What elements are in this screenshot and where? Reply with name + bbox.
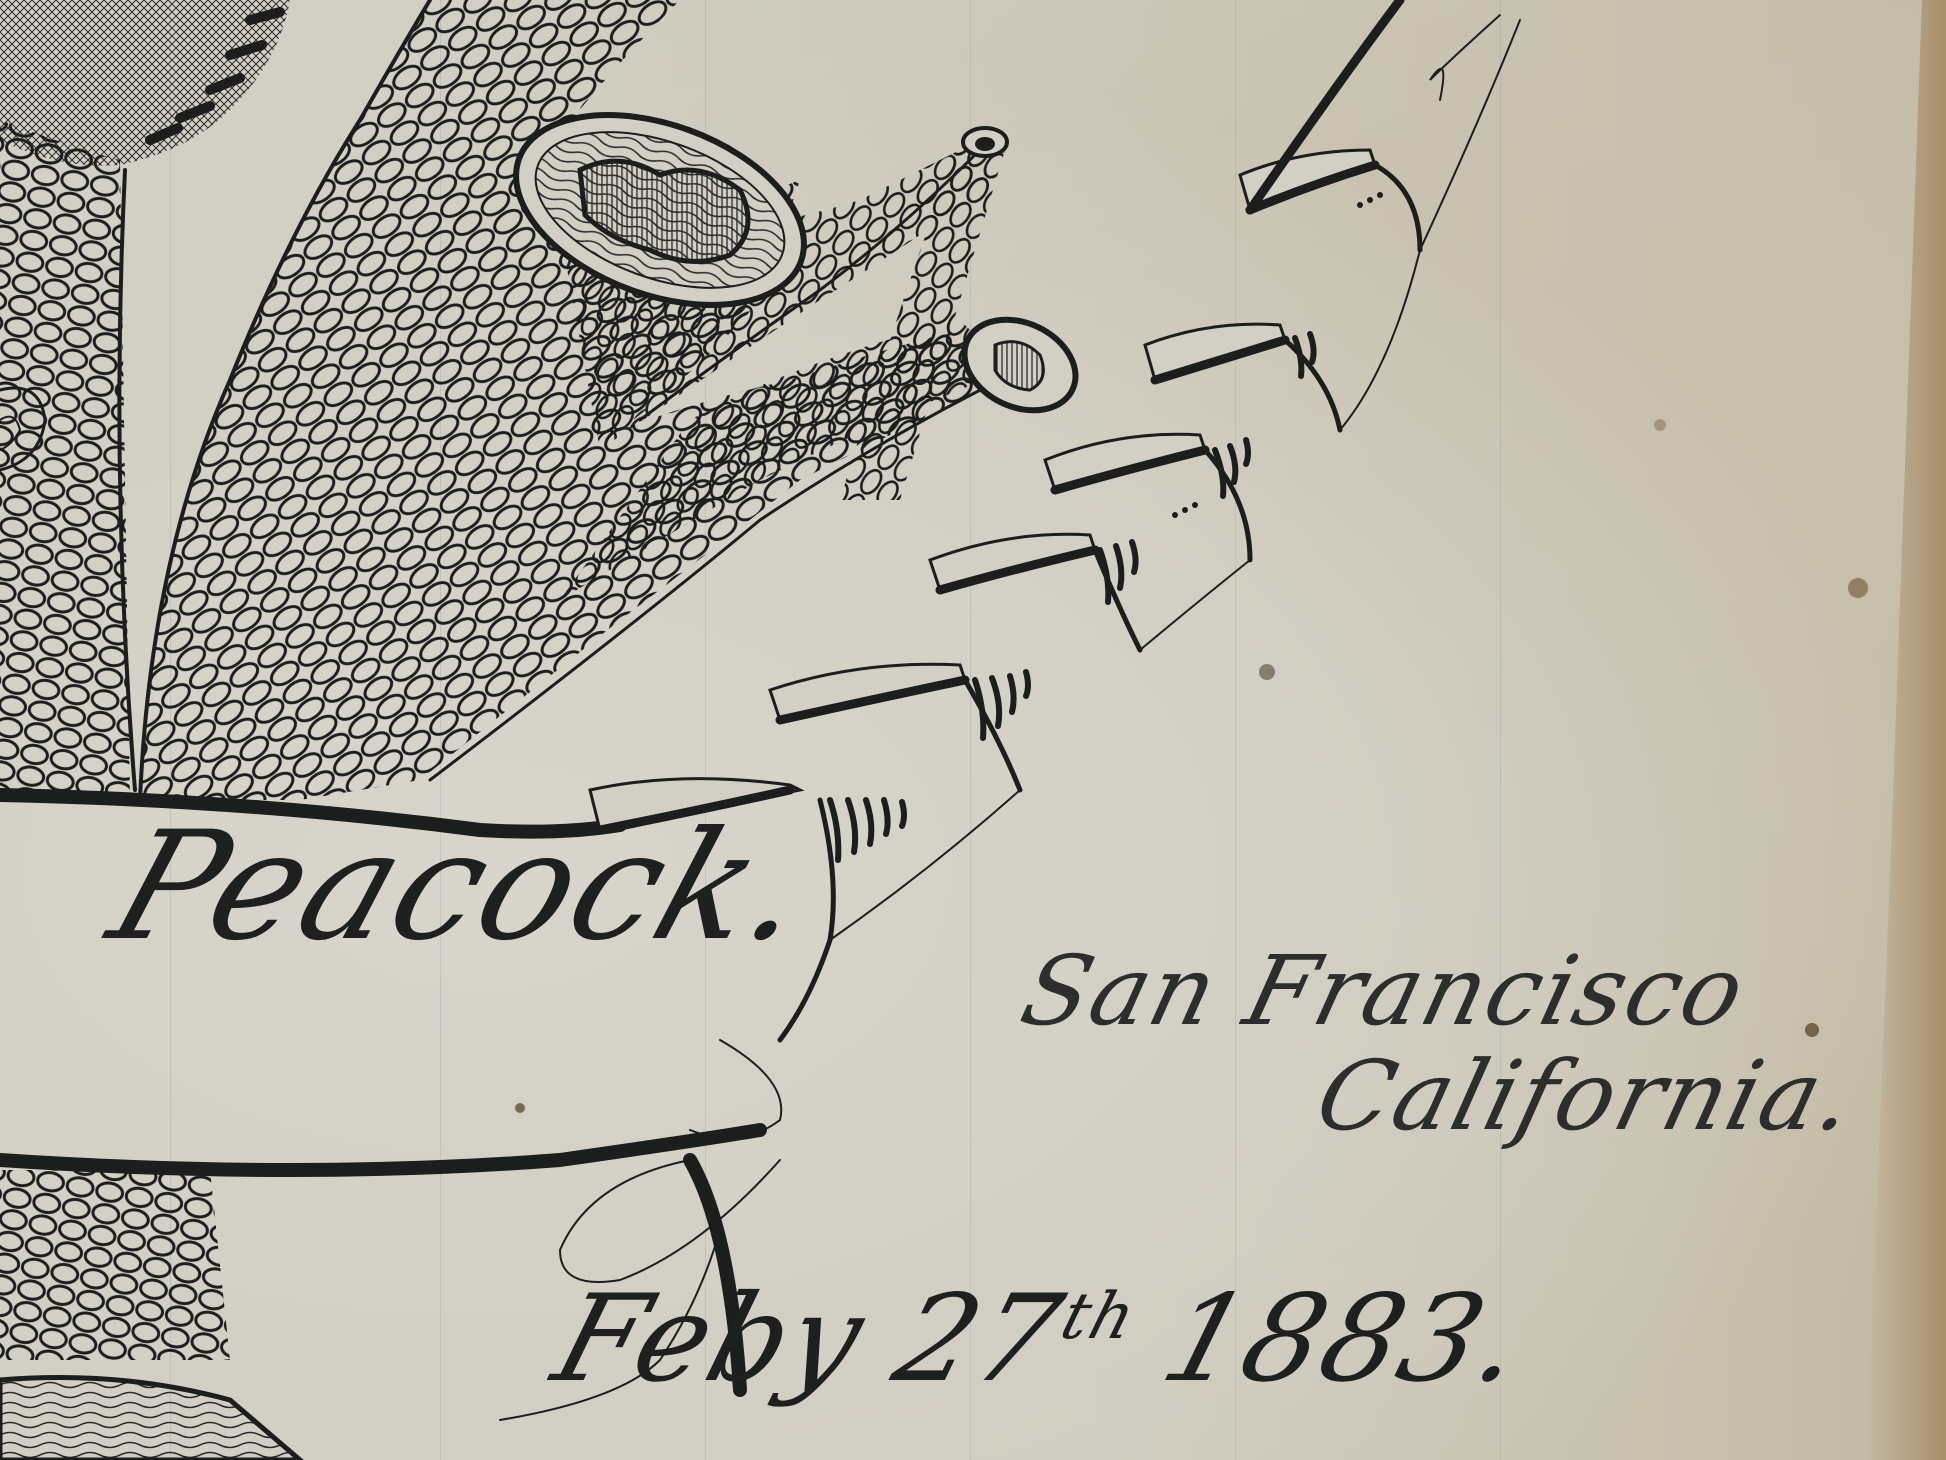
- date-year: 1883.: [1148, 1270, 1541, 1409]
- photograph: Peacock. San Francisco California. Feby …: [0, 0, 1946, 1460]
- inscription-city: San Francisco: [1011, 935, 1757, 1047]
- banner-name-text: Peacock.: [92, 800, 834, 974]
- branch-stump-small: [950, 302, 1091, 427]
- flourish-drawing: [0, 0, 1946, 1460]
- inscription-date: Feby 27th 1883.: [540, 1270, 1542, 1409]
- date-text: Feby 27: [540, 1270, 1077, 1409]
- tree-trunk-lower: [0, 1170, 300, 1460]
- inscription-state: California.: [1306, 1040, 1868, 1152]
- tree-trunk-left: [0, 120, 135, 800]
